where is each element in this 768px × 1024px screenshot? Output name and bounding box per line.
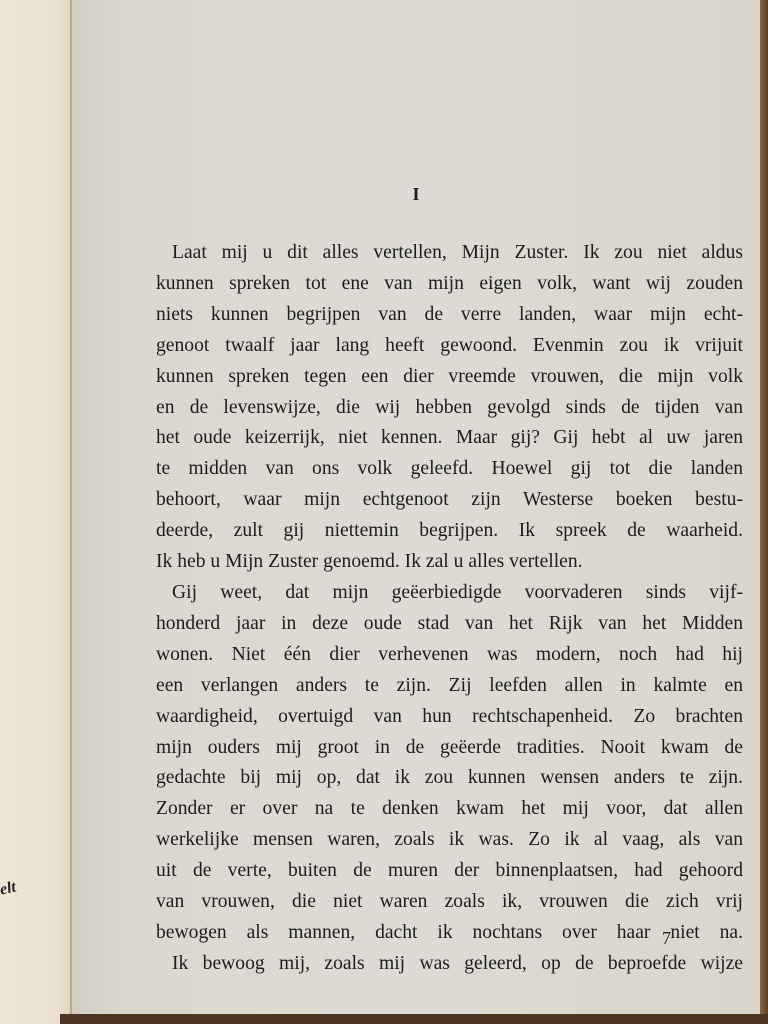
text-line: een verlangen anders te zijn. Zij leefde… <box>156 671 743 702</box>
text-line: honderd jaar in deze oude stad van het R… <box>156 609 743 640</box>
text-line: mijn ouders mij groot in de geëerde trad… <box>156 733 743 764</box>
body-text: Laat mij u dit alles vertellen, Mijn Zus… <box>156 238 743 980</box>
text-line: niets kunnen begrijpen van de verre land… <box>156 300 743 331</box>
book-cover-edge-bottom <box>60 1014 768 1024</box>
text-line: Ik heb u Mijn Zuster genoemd. Ik zal u a… <box>156 547 743 578</box>
text-line: gedachte bij mij op, dat ik zou kunnen w… <box>156 763 743 794</box>
text-line: en de levenswijze, die wij hebben gevolg… <box>156 393 743 424</box>
page-number: 7 <box>662 928 671 949</box>
text-line: behoort, waar mijn echtgenoot zijn Weste… <box>156 485 743 516</box>
left-page-text-fragment: elt <box>0 879 18 900</box>
text-line: wonen. Niet één dier verhevenen was mode… <box>156 640 743 671</box>
text-line: genoot twaalf jaar lang heeft gewoond. E… <box>156 331 743 362</box>
text-line: bewogen als mannen, dacht ik nochtans ov… <box>156 918 743 949</box>
left-page-edge: elt <box>0 0 70 1024</box>
text-line: werkelijke mensen waren, zoals ik was. Z… <box>156 825 743 856</box>
text-line: uit de verte, buiten de muren der binnen… <box>156 856 743 887</box>
text-line: kunnen spreken tot ene van mijn eigen vo… <box>156 269 743 300</box>
text-line: te midden van ons volk geleefd. Hoewel g… <box>156 454 743 485</box>
text-line: het oude keizerrijk, niet kennen. Maar g… <box>156 423 743 454</box>
book-cover-edge-right <box>760 0 768 1024</box>
text-line: Gij weet, dat mijn geëerbiedigde voorvad… <box>156 578 743 609</box>
chapter-heading: I <box>72 184 760 205</box>
right-page: I Laat mij u dit alles vertellen, Mijn Z… <box>72 0 760 1014</box>
text-line: deerde, zult gij niettemin begrijpen. Ik… <box>156 516 743 547</box>
text-line: waardigheid, overtuigd van hun rechtscha… <box>156 702 743 733</box>
text-line: kunnen spreken tegen een dier vreemde vr… <box>156 362 743 393</box>
text-line: Zonder er over na te denken kwam het mij… <box>156 794 743 825</box>
text-line: Laat mij u dit alles vertellen, Mijn Zus… <box>156 238 743 269</box>
text-line: Ik bewoog mij, zoals mij was geleerd, op… <box>156 949 743 980</box>
text-line: van vrouwen, die niet waren zoals ik, vr… <box>156 887 743 918</box>
